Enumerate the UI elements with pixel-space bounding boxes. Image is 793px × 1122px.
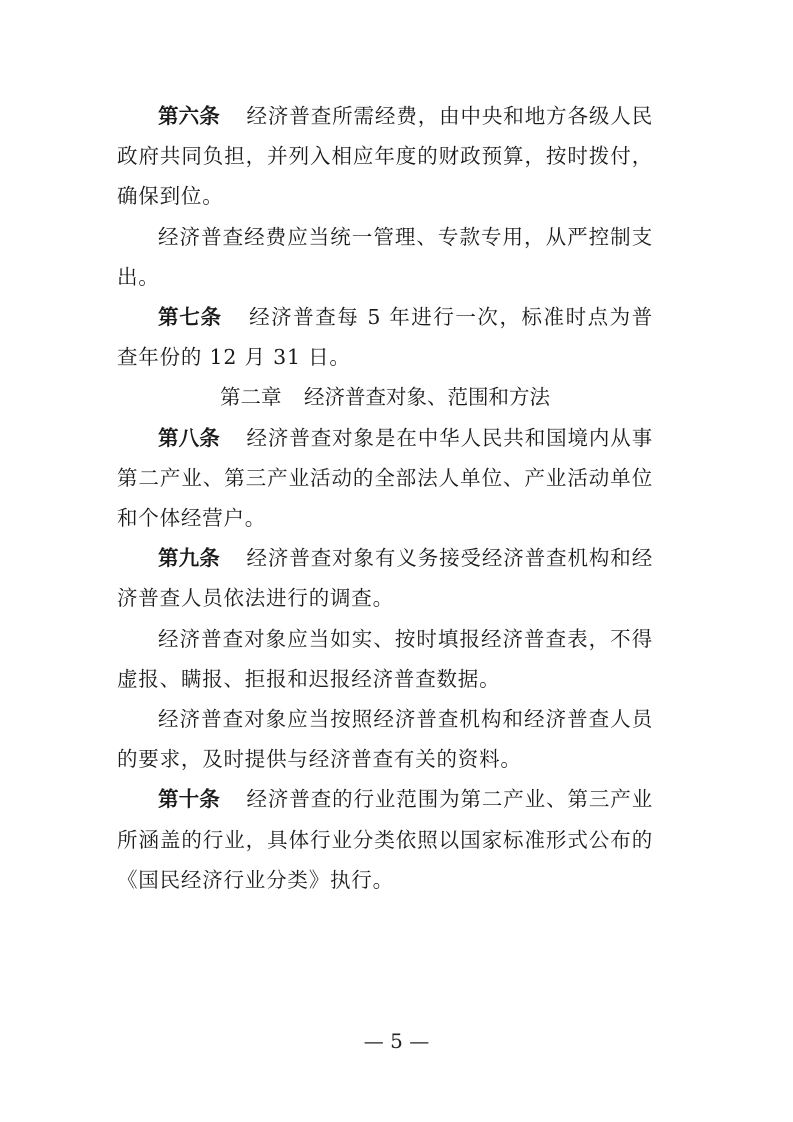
article-9-materials-paragraph: 经济普查对象应当按照经济普查机构和经济普查人员的要求，及时提供与经济普查有关的资… bbox=[117, 699, 653, 779]
chapter-title: 经济普查对象、范围和方法 bbox=[304, 385, 550, 409]
article-6-label: 第六条 bbox=[158, 104, 220, 128]
article-9-materials-text: 经济普查对象应当按照经济普查机构和经济普查人员的要求，及时提供与经济普查有关的资… bbox=[117, 707, 653, 771]
chapter-heading: 第二章经济普查对象、范围和方法 bbox=[117, 377, 653, 417]
article-9-reporting-paragraph: 经济普查对象应当如实、按时填报经济普查表，不得虚报、瞒报、拒报和迟报经济普查数据… bbox=[117, 619, 653, 699]
article-9-paragraph: 第九条经济普查对象有义务接受经济普查机构和经济普查人员依法进行的调查。 bbox=[117, 538, 653, 618]
article-6-funds-text: 经济普查经费应当统一管理、专款专用，从严控制支出。 bbox=[117, 225, 653, 289]
article-10-paragraph: 第十条经济普查的行业范围为第二产业、第三产业所涵盖的行业，具体行业分类依照以国家… bbox=[117, 779, 653, 900]
article-10-label: 第十条 bbox=[158, 787, 220, 811]
article-9-label: 第九条 bbox=[158, 546, 220, 570]
article-8-paragraph: 第八条经济普查对象是在中华人民共和国境内从事第二产业、第三产业活动的全部法人单位… bbox=[117, 418, 653, 539]
article-7-label: 第七条 bbox=[158, 305, 222, 329]
document-page: 第六条经济普查所需经费，由中央和地方各级人民政府共同负担，并列入相应年度的财政预… bbox=[117, 96, 653, 900]
page-number: — 5 — bbox=[0, 1029, 793, 1053]
article-6-funds-paragraph: 经济普查经费应当统一管理、专款专用，从严控制支出。 bbox=[117, 217, 653, 297]
chapter-number: 第二章 bbox=[220, 385, 282, 409]
article-7-paragraph: 第七条经济普查每 5 年进行一次，标准时点为普查年份的 12 月 31 日。 bbox=[117, 297, 653, 377]
article-6-paragraph: 第六条经济普查所需经费，由中央和地方各级人民政府共同负担，并列入相应年度的财政预… bbox=[117, 96, 653, 217]
article-8-label: 第八条 bbox=[158, 426, 220, 450]
article-9-reporting-text: 经济普查对象应当如实、按时填报经济普查表，不得虚报、瞒报、拒报和迟报经济普查数据… bbox=[117, 627, 653, 691]
